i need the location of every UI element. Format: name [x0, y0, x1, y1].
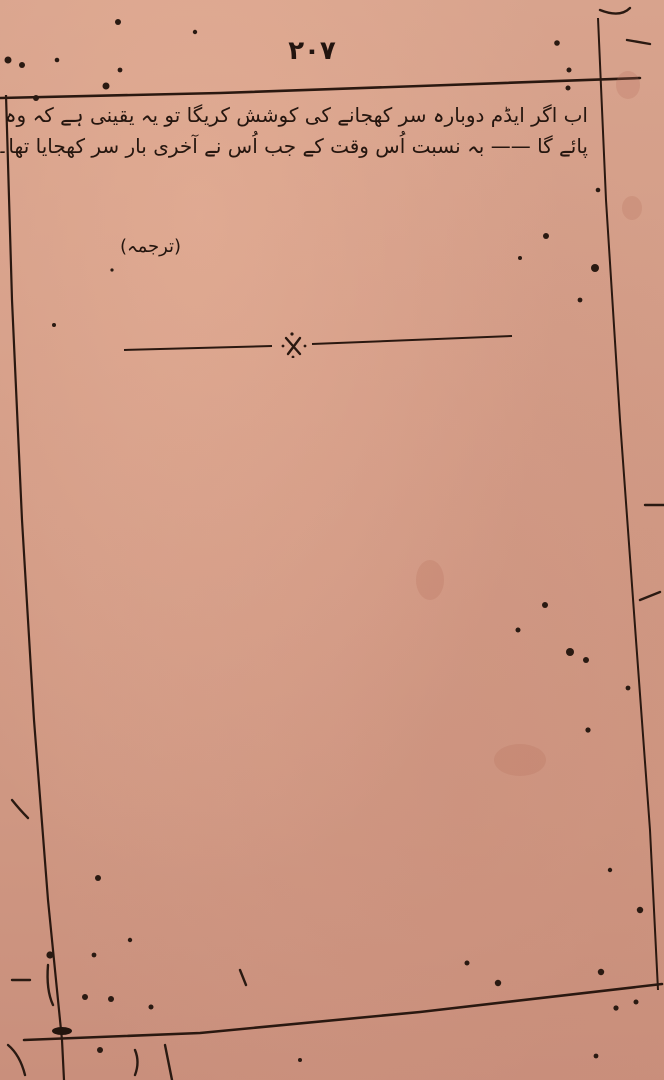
page-number: ۲۰۷ — [280, 36, 344, 66]
body-line-1: اب اگر ایڈم دوبارہ سر کھجانے کی کوشش کری… — [28, 100, 588, 131]
translation-signature: (ترجمہ) — [120, 236, 181, 257]
scanned-page: ۲۰۷ اب اگر ایڈم دوبارہ سر کھجانے کی کوشش… — [0, 0, 664, 1080]
section-divider — [122, 330, 514, 358]
ornament-cross-icon — [282, 332, 307, 358]
body-line-2: پائے گا —— بہ نسبت اُس وقت کے جب اُس نے … — [28, 131, 588, 162]
body-text: اب اگر ایڈم دوبارہ سر کھجانے کی کوشش کری… — [28, 100, 588, 162]
page-frame-lines — [0, 0, 664, 1080]
